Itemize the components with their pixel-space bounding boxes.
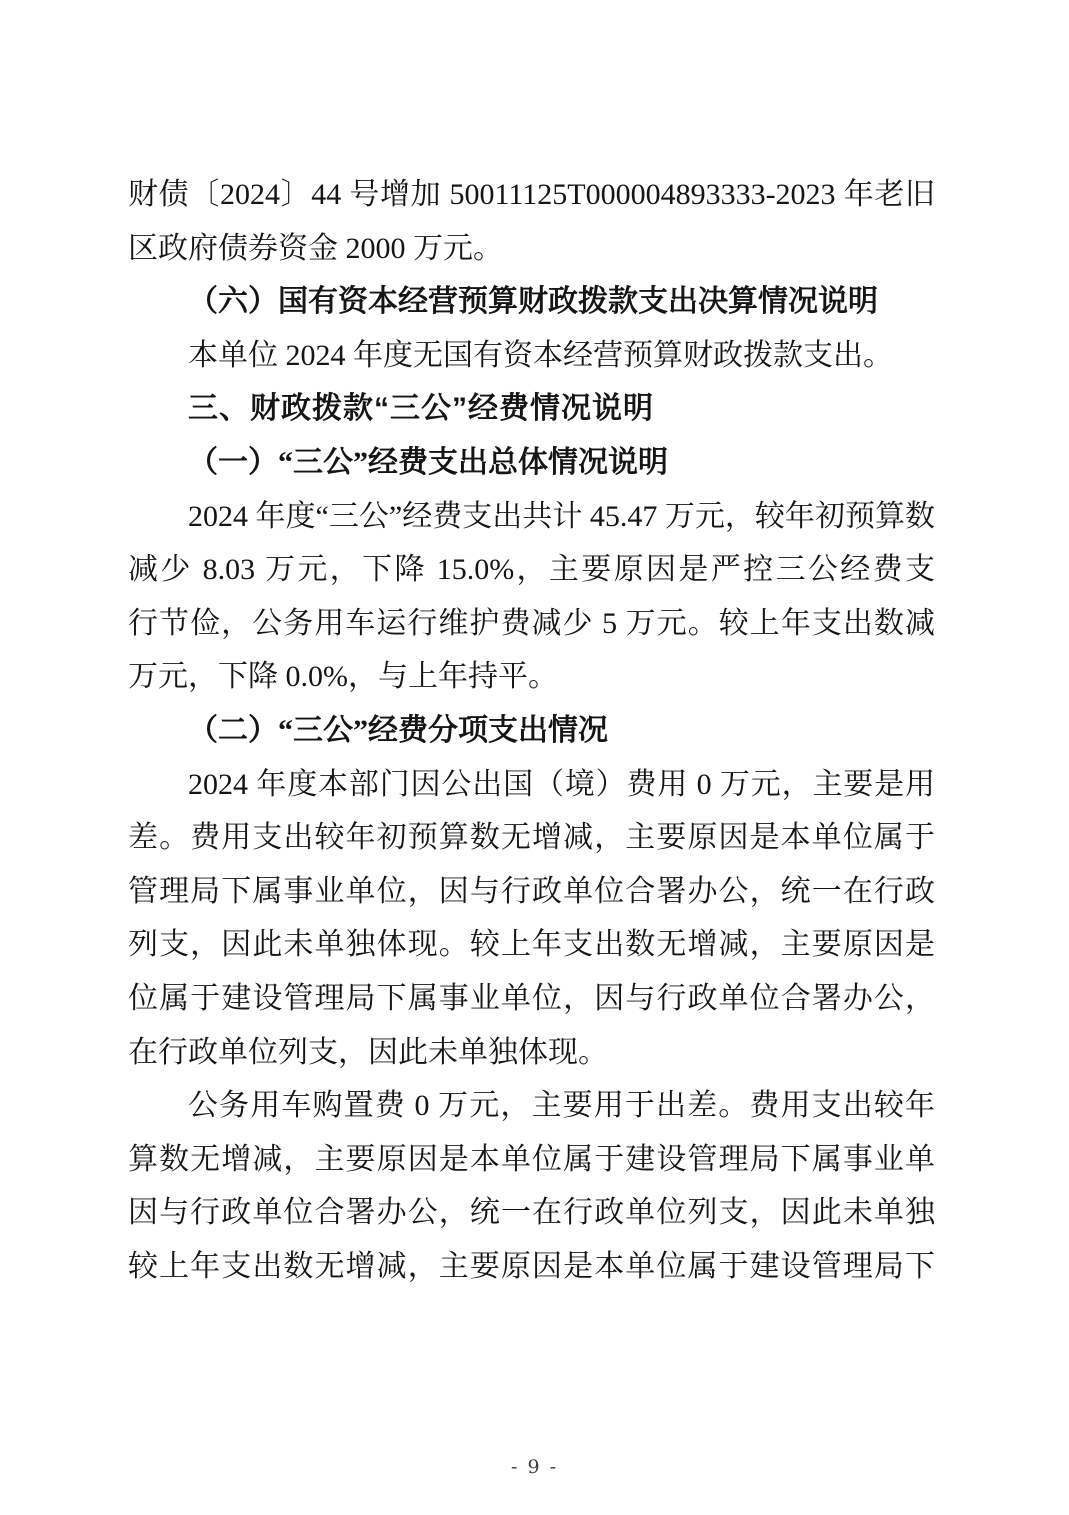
page-number: - 9 -	[0, 1456, 1069, 1478]
text-line: 行节俭，公务用车运行维护费减少 5 万元。较上年支出数减少 0.01	[128, 597, 935, 651]
document-body: 财债〔2024〕44 号增加 50011125T000004893333-202…	[128, 168, 935, 1293]
text-line: 在行政单位列支，因此未单独体现。	[128, 1026, 935, 1080]
text-line: 算数无增减，主要原因是本单位属于建设管理局下属事业单位，	[128, 1133, 935, 1187]
text-line: 减少 8.03 万元，下降 15.0%，主要原因是严控三公经费支出，厉	[128, 543, 935, 597]
text-line: 2024 年度“三公”经费支出共计 45.47 万元，较年初预算数	[128, 490, 935, 544]
heading-itemized-spending: （二）“三公”经费分项支出情况	[128, 704, 935, 758]
text-line: 较上年支出数无增减，主要原因是本单位属于建设管理局下属事	[128, 1240, 935, 1294]
text-line: 因与行政单位合署办公，统一在行政单位列支，因此未单独体现。	[128, 1186, 935, 1240]
document-page: 财债〔2024〕44 号增加 50011125T000004893333-202…	[0, 0, 1069, 1515]
text-line: 本单位 2024 年度无国有资本经营预算财政拨款支出。	[128, 329, 935, 383]
text-line: 管理局下属事业单位，因与行政单位合署办公，统一在行政单位	[128, 865, 935, 919]
text-line: 位属于建设管理局下属事业单位，因与行政单位合署办公，统一	[128, 972, 935, 1026]
text-line: 万元，下降 0.0%，与上年持平。	[128, 650, 935, 704]
heading-state-capital-budget: （六）国有资本经营预算财政拨款支出决算情况说明	[128, 275, 935, 329]
heading-three-public-funds: 三、财政拨款“三公”经费情况说明	[128, 382, 935, 436]
heading-overall-spending: （一）“三公”经费支出总体情况说明	[128, 436, 935, 490]
text-line: 差。费用支出较年初预算数无增减，主要原因是本单位属于建设	[128, 811, 935, 865]
text-line: 2024 年度本部门因公出国（境）费用 0 万元，主要是用于出	[128, 758, 935, 812]
text-line: 区政府债券资金 2000 万元。	[128, 222, 935, 276]
text-line: 公务用车购置费 0 万元，主要用于出差。费用支出较年初预	[128, 1079, 935, 1133]
text-line: 列支，因此未单独体现。较上年支出数无增减，主要原因是本单	[128, 918, 935, 972]
text-line: 财债〔2024〕44 号增加 50011125T000004893333-202…	[128, 168, 935, 222]
